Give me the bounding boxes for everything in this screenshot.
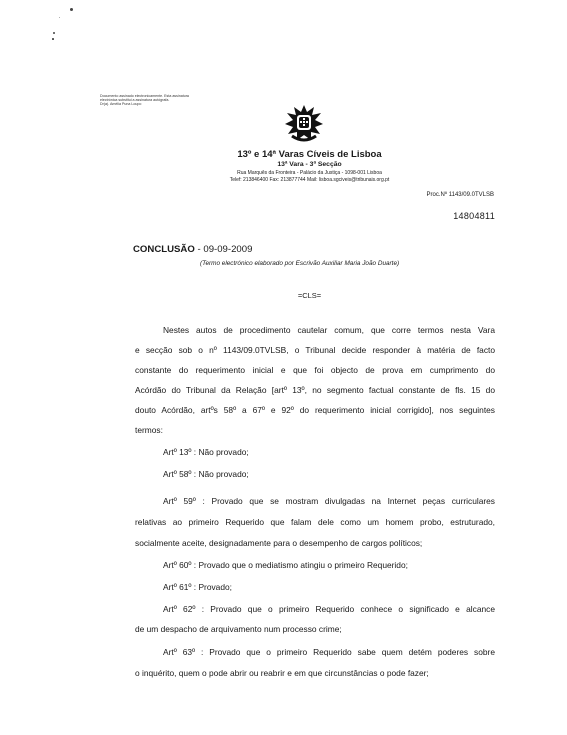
article-62-cont: de um despacho de arquivamento num proce… — [135, 624, 342, 634]
conclusion-date: - 09-09-2009 — [195, 244, 253, 255]
stamp-line: Dr(a). Amélia Puna Loupo — [100, 102, 240, 106]
article-59-cont: relativas ao primeiro Requerido que fala… — [135, 517, 495, 527]
electronic-signature-stamp: Documento assinado electronicamente. Est… — [100, 94, 240, 107]
article-59: Artº 59º : Provado que se mostram divulg… — [135, 496, 495, 506]
coat-of-arms-icon — [284, 104, 324, 144]
article-59-cont: socialmente aceite, designadamente para … — [135, 538, 422, 548]
article-58: Artº 58º : Não provado; — [135, 469, 249, 479]
conclusion-termo: (Termo electrónico elaborado por Escrivã… — [200, 260, 399, 267]
process-number: Proc.Nº 1143/09.0TVLSB — [427, 192, 494, 198]
body-line: termos: — [135, 425, 163, 435]
article-62: Artº 62º : Provado que o primeiro Requer… — [135, 604, 495, 614]
document-number: 14804811 — [453, 211, 495, 221]
body-line: e secção sob o nº 1143/09.0TVLSB, o Trib… — [135, 345, 495, 355]
body-line: Acórdão do Tribunal da Relação [artº 13º… — [135, 385, 495, 395]
conclusion-label: CONCLUSÃO — [133, 244, 195, 255]
court-contact: Telef: 213846400 Fax: 213877744 Mail: li… — [26, 177, 567, 183]
conclusion-heading: CONCLUSÃO - 09-09-2009 — [133, 244, 252, 255]
article-60: Artº 60º : Provado que o mediatismo atin… — [135, 560, 408, 570]
body-line: douto Acórdão, artºs 58º a 67º e 92º do … — [135, 405, 495, 415]
article-13: Artº 13º : Não provado; — [135, 447, 249, 457]
court-address: Rua Marquês da Fronteira - Palácio da Ju… — [26, 170, 567, 176]
court-name: 13º e 14ª Varas Cíveis de Lisboa — [26, 149, 567, 160]
article-61: Artº 61º : Provado; — [135, 582, 232, 592]
article-63-cont: o inquérito, quem o pode abrir ou reabri… — [135, 668, 429, 678]
article-63: Artº 63º : Provado que o primeiro Requer… — [135, 647, 495, 657]
court-section: 13ª Vara - 3ª Secção — [26, 161, 567, 168]
body-line: Nestes autos de procedimento cautelar co… — [135, 325, 495, 335]
cls-marker: =CLS= — [26, 291, 567, 300]
body-line: constante do requerimento inicial e que … — [135, 365, 495, 375]
